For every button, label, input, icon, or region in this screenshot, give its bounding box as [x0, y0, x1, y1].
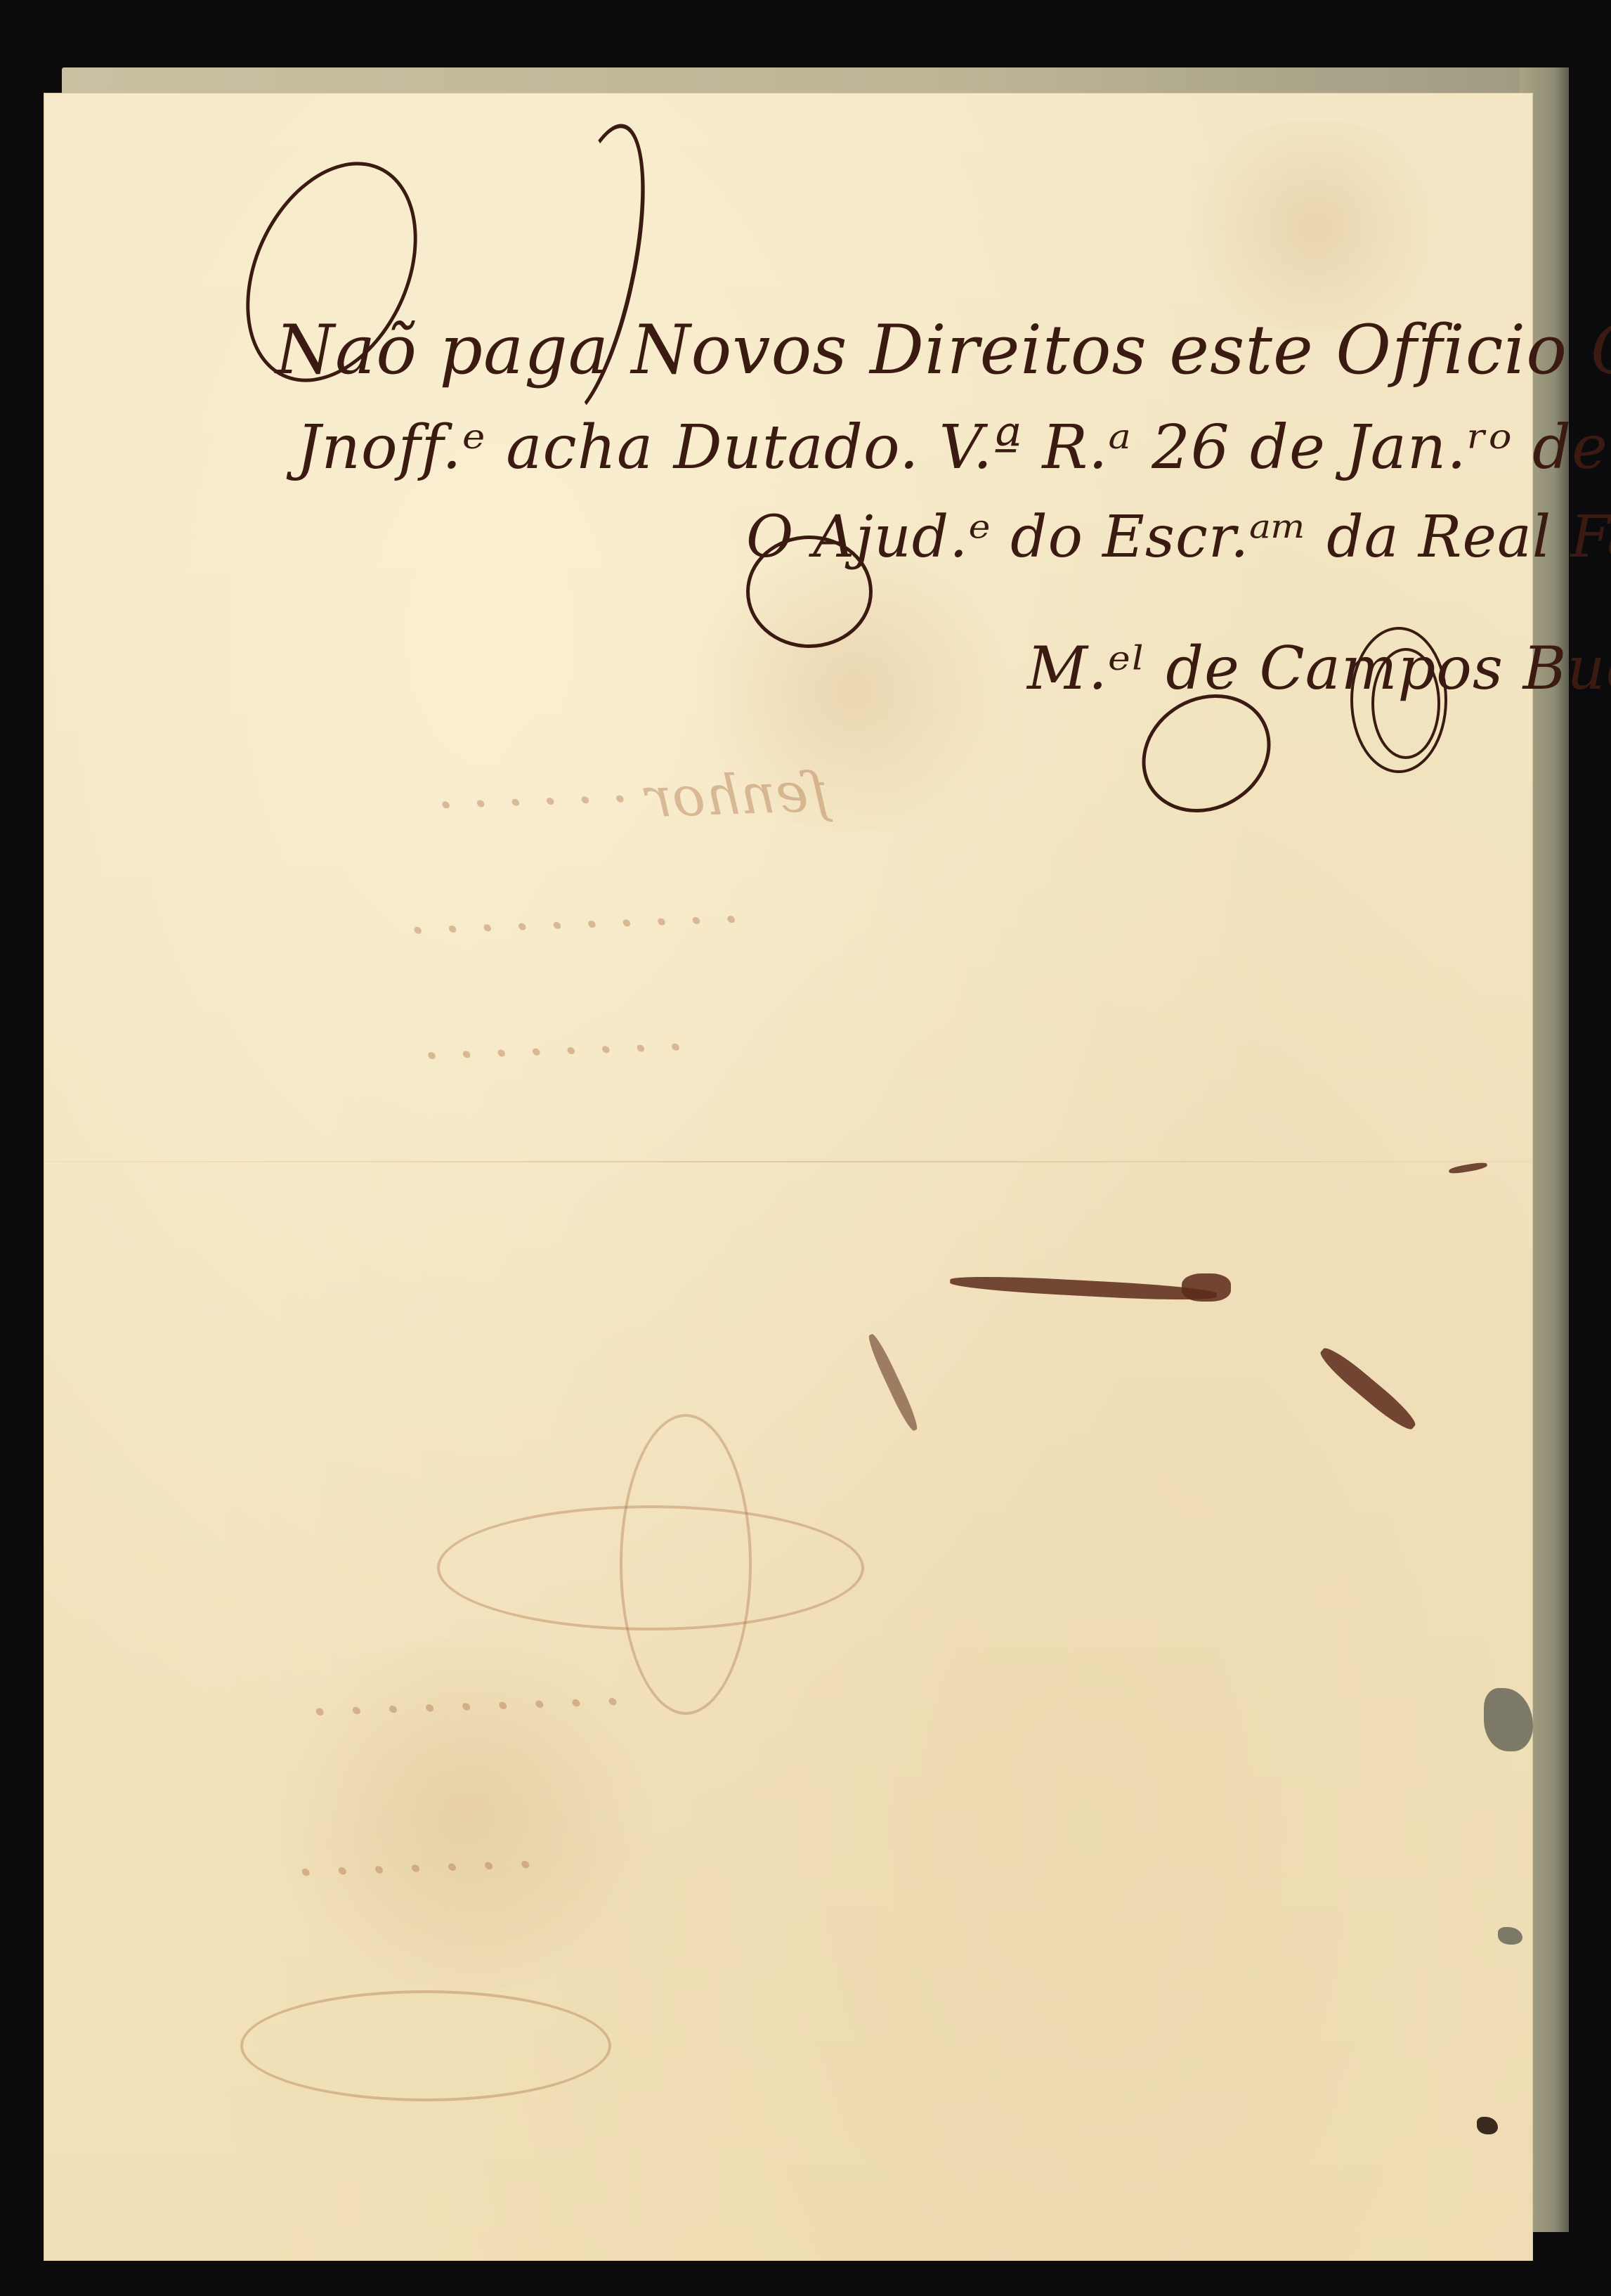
manuscript-line-3: O Ajud.ᵉ do Escr.ᵃᵐ da Real Faz.ᵃ [746, 504, 1611, 571]
bleed-through-flourish [240, 1990, 611, 2101]
manuscript-line-2: Jnoff.ᵉ acha Dutado. V.ª R.ᵃ 26 de Jan.ʳ… [296, 413, 1611, 483]
bleed-through-line: · · · · · · · · · [309, 1668, 622, 1746]
bleed-through-line: · · · · · · · · · · [408, 888, 741, 963]
paper-loss [1498, 1927, 1522, 1945]
bleed-through-line: · · · · · · · [295, 1831, 535, 1907]
stain [1168, 121, 1463, 332]
signature: M.ᵉˡ de Campos Bueno [1027, 634, 1611, 703]
manuscript-page: Naõ paga Novos Direitos este Officio Q. … [44, 93, 1533, 2261]
manuscript-line-1: Naõ paga Novos Direitos este Officio Q. … [275, 311, 1611, 389]
ink-blot [1182, 1273, 1231, 1302]
ink-blot [950, 1273, 1218, 1303]
water-damage [1484, 1688, 1533, 1751]
bleed-through-line: · · · · · · · · [422, 1016, 686, 1089]
bleed-through-flourish [620, 1414, 752, 1715]
fold-crease [44, 1161, 1533, 1162]
ink-blot [1316, 1343, 1420, 1435]
ink-mark [1449, 1161, 1488, 1174]
bleed-through-line: ſenhor · · · · · · [436, 760, 830, 837]
paper-loss [1477, 2117, 1498, 2134]
ink-stroke [865, 1332, 921, 1433]
